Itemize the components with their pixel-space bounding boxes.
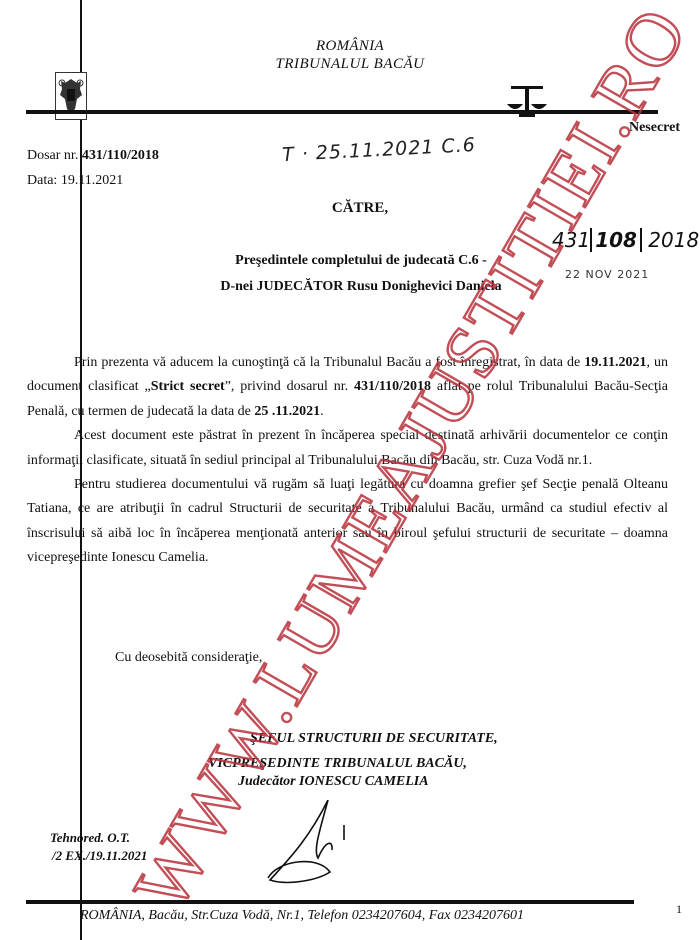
registration-stamp: 431108 2018 (552, 228, 699, 252)
file-number: 431/110/2018 (82, 148, 159, 163)
handwritten-note: T · 25.11.2021 C.6 (282, 134, 477, 166)
date-label: Data: (27, 173, 57, 188)
salutation: CĂTRE, (0, 200, 700, 217)
page-number: 1 (676, 902, 682, 917)
letter-body: Prin prezenta vă aducem la cunoştinţă că… (27, 351, 668, 571)
paragraph-1: Prin prezenta vă aducem la cunoştinţă că… (27, 351, 668, 424)
footer-rule (26, 900, 634, 904)
paragraph-3: Pentru studierea documentului vă rugăm s… (27, 473, 668, 571)
addressee-name: D-nei JUDECĂTOR Rusu Donighevici Daniela (0, 279, 700, 295)
signatory-title: ŞEFUL STRUCTURII DE SECURITATE, (250, 731, 498, 747)
file-number-line: Dosar nr. 431/110/2018 (27, 148, 159, 164)
closing-formula: Cu deosebită consideraţie, (115, 650, 262, 666)
paragraph-2: Acest document este păstrat în prezent î… (27, 424, 668, 473)
signatory-name: Judecător IONESCU CAMELIA (238, 774, 429, 790)
header-court: TRIBUNALUL BACĂU (0, 56, 700, 73)
document-page: ROMÂNIA TRIBUNALUL BACĂU Nesecret Dosar … (0, 0, 700, 940)
footer-address: ROMÂNIA, Bacău, Str.Cuza Vodă, Nr.1, Tel… (80, 908, 524, 924)
copies-date: /2 EX./19.11.2021 (52, 848, 147, 864)
header-country: ROMÂNIA (0, 38, 700, 55)
file-label: Dosar nr. (27, 148, 78, 163)
handwritten-signature-icon (258, 800, 378, 890)
typist-initials: Tehnored. O.T. (50, 830, 130, 846)
addressee-title: Preşedintele completului de judecată C.6… (0, 253, 700, 269)
stamp-number: 108 (590, 228, 642, 252)
stamp-year: 2018 (648, 228, 699, 252)
date-value: 19.11.2021 (61, 173, 123, 188)
signatory-role: VICPREŞEDINTE TRIBUNALUL BACĂU, (208, 756, 467, 772)
scales-of-justice-icon (505, 84, 549, 120)
stamp-prefix: 431 (552, 228, 590, 252)
date-line: Data: 19.11.2021 (27, 173, 123, 189)
classification-label: Nesecret (629, 120, 680, 136)
header-rule (26, 110, 658, 114)
